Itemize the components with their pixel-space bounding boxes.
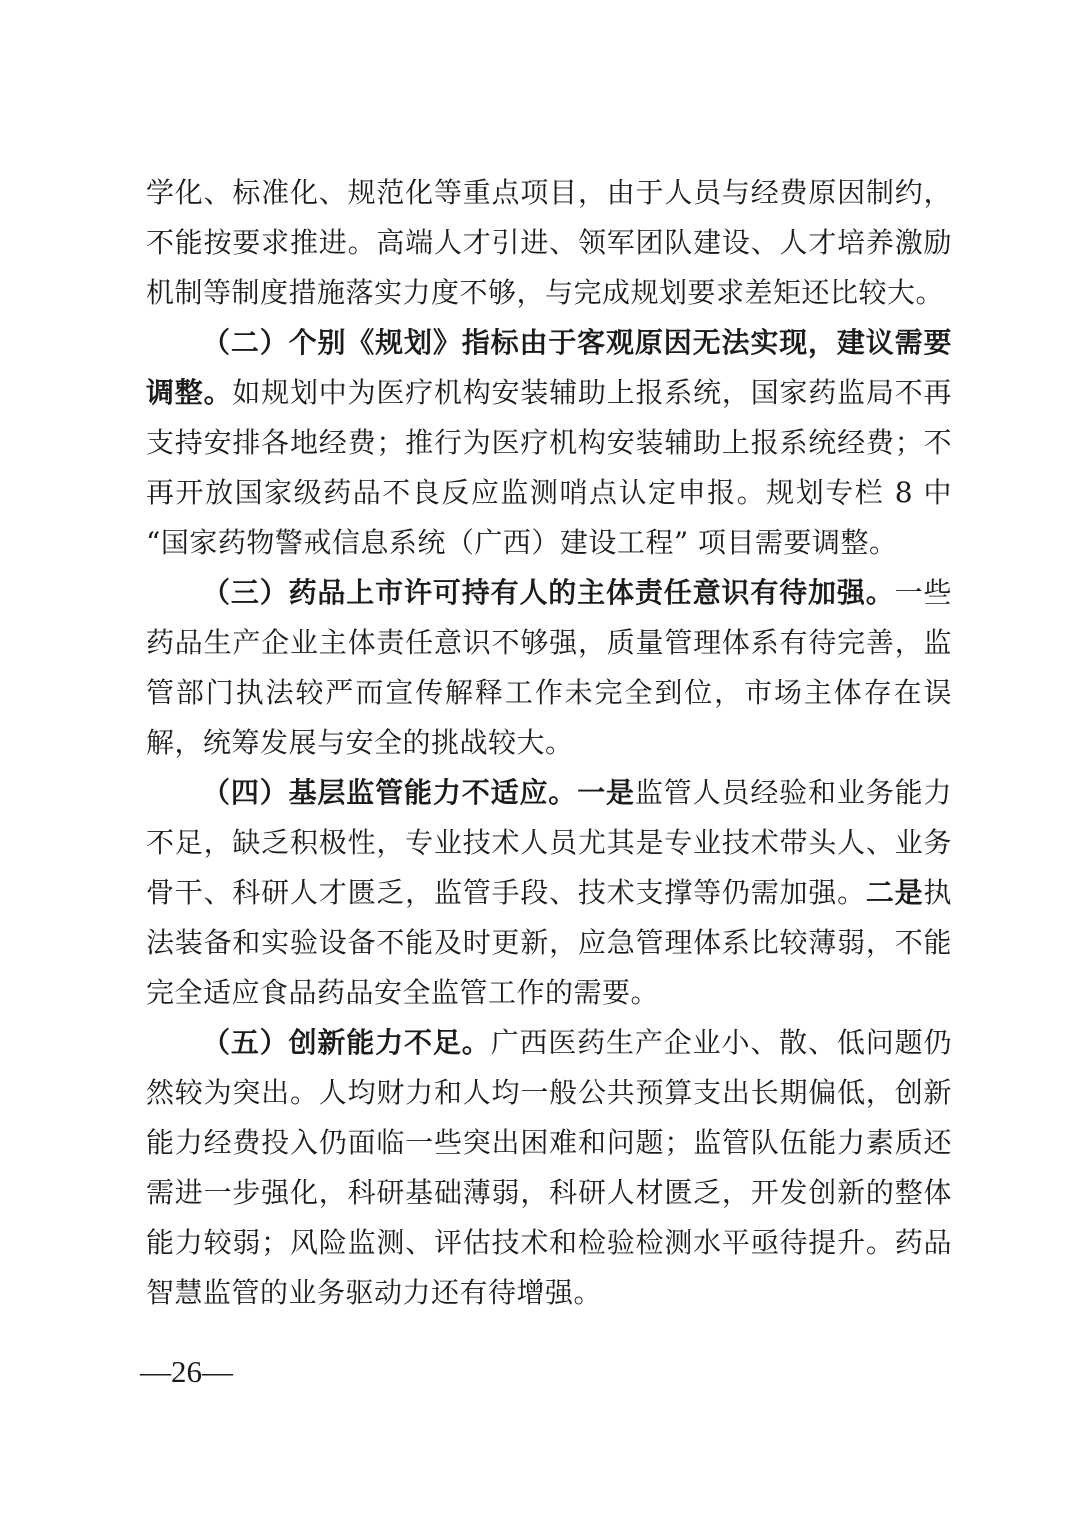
text-run: 学化、标准化、规范化等重点项目，由于人员与经费原因制约，不能按要求推进。高端人才… [146,176,952,309]
bold-text-run: 二是 [866,876,924,909]
bold-text-run: （三）药品上市许可持有人的主体责任意识有待加强。 [202,576,895,609]
bold-text-run: （四）基层监管能力不适应。一是 [202,776,635,809]
paragraph: （四）基层监管能力不适应。一是监管人员经验和业务能力不足，缺乏积极性，专业技术人… [146,768,952,1018]
page-number: —26— [140,1352,233,1392]
paragraph: （三）药品上市许可持有人的主体责任意识有待加强。一些药品生产企业主体责任意识不够… [146,568,952,768]
paragraph: （二）个别《规划》指标由于客观原因无法实现，建议需要调整。如规划中为医疗机构安装… [146,318,952,568]
text-run: 广西医药生产企业小、散、低问题仍然较为突出。人均财力和人均一般公共预算支出长期偏… [146,1026,952,1309]
text-content: 学化、标准化、规范化等重点项目，由于人员与经费原因制约，不能按要求推进。高端人才… [146,168,952,1318]
paragraph: （五）创新能力不足。广西医药生产企业小、散、低问题仍然较为突出。人均财力和人均一… [146,1018,952,1318]
document-page: 学化、标准化、规范化等重点项目，由于人员与经费原因制约，不能按要求推进。高端人才… [0,0,1074,1520]
text-run: 如规划中为医疗机构安装辅助上报系统，国家药监局不再支持安排各地经费；推行为医疗机… [146,376,952,559]
bold-text-run: （五）创新能力不足。 [202,1026,491,1059]
paragraph: 学化、标准化、规范化等重点项目，由于人员与经费原因制约，不能按要求推进。高端人才… [146,168,952,318]
